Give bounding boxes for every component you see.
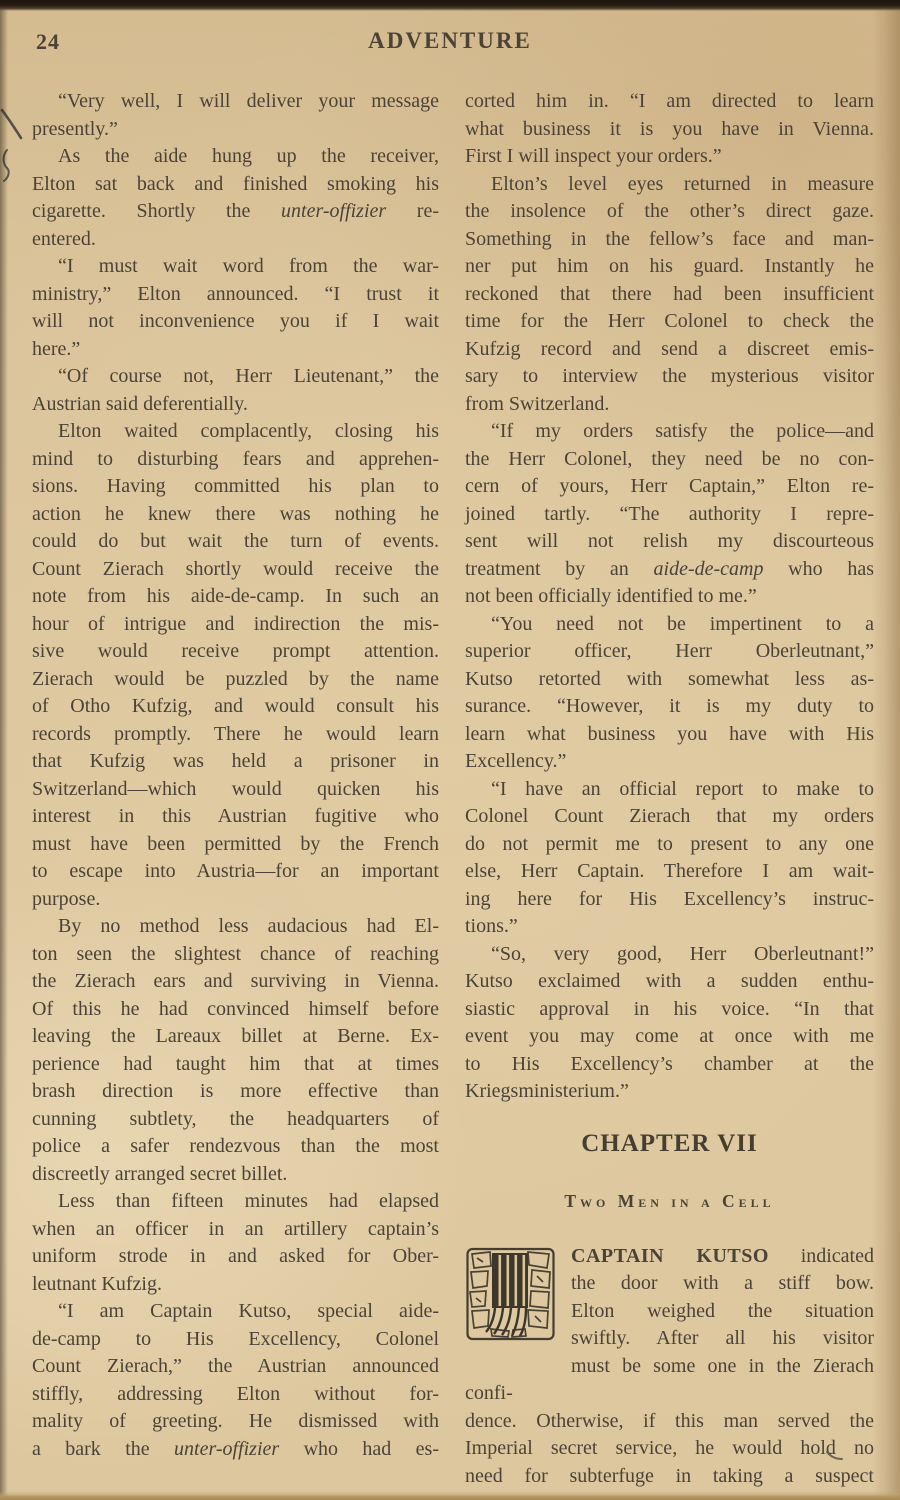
- text-line: sary to interview the mysterious visitor: [465, 363, 874, 391]
- text-line: note from his aide-de-camp. In such an: [32, 583, 439, 611]
- text-line: siastic approval in his voice. “In that: [465, 996, 874, 1024]
- text-line: Zierach would be puzzled by the name: [32, 666, 439, 694]
- text-line: leaving the Lareaux billet at Berne. Ex-: [32, 1023, 439, 1051]
- text-line: sent will not relish my discourteous: [465, 528, 874, 556]
- text-line: superior officer, Herr Oberleutnant,”: [465, 638, 874, 666]
- text-line: uniform strode in and asked for Ober-: [32, 1243, 439, 1271]
- text-line: to His Excellency’s chamber at the: [465, 1051, 874, 1079]
- text-line: mality of greeting. He dismissed with: [32, 1408, 439, 1436]
- text-line: “Very well, I will deliver your message: [32, 88, 439, 116]
- text-line: Kufzig record and send a discreet emis-: [465, 336, 874, 364]
- text-line: Less than fifteen minutes had elapsed: [32, 1188, 439, 1216]
- text-line: discreetly arranged secret billet.: [32, 1161, 439, 1189]
- text-line: when an officer in an artillery captain’…: [32, 1216, 439, 1244]
- text-line: sive would receive prompt attention.: [32, 638, 439, 666]
- text-line: ton seen the slightest chance of reachin…: [32, 941, 439, 969]
- text-line: what business it is you have in Vienna.: [465, 116, 874, 144]
- text-line: Kutso retorted with somewhat less as-: [465, 666, 874, 694]
- text-line: stiffly, addressing Elton without for-: [32, 1381, 439, 1409]
- text-line: dence. Otherwise, if this man served the: [465, 1408, 874, 1436]
- text-line: “If my orders satisfy the police—and: [465, 418, 874, 446]
- text-line: Something in the fellow’s face and man-: [465, 226, 874, 254]
- text-line: Imperial secret service, he would hold n…: [465, 1435, 874, 1463]
- text-line: corted him in. “I am directed to learn: [465, 88, 874, 116]
- text-line: ministry,” Elton announced. “I trust it: [32, 281, 439, 309]
- page-right-edge: [872, 0, 900, 1500]
- text-line: do not permit me to present to any one: [465, 831, 874, 859]
- text-line: Austrian said deferentially.: [32, 391, 439, 419]
- chapter-heading: CHAPTER VII: [465, 1130, 874, 1158]
- text-line: cunning subtlety, the headquarters of: [32, 1106, 439, 1134]
- text-line: the Herr Colonel, they need be no con-: [465, 446, 874, 474]
- chapter-subheading: Two Men in a Cell: [465, 1188, 874, 1216]
- text-line: Count Zierach shortly would receive the: [32, 556, 439, 584]
- text-line: learn what business you have with His: [465, 721, 874, 749]
- text-line: that Kufzig was held a prisoner in: [32, 748, 439, 776]
- text-line: interest in this Austrian fugitive who: [32, 803, 439, 831]
- text-line: a bark the unter-offizier who had es-: [32, 1436, 439, 1464]
- text-line: Elton waited complacently, closing his: [32, 418, 439, 446]
- text-line: First I will inspect your orders.”: [465, 143, 874, 171]
- text-line: from Switzerland.: [465, 391, 874, 419]
- magazine-page: 24 ADVENTURE “Very well, I will deliver …: [0, 0, 900, 1500]
- pen-tick: [824, 1448, 846, 1464]
- text-line: police a safer rendezvous than the most: [32, 1133, 439, 1161]
- text-line: “I have an official report to make to: [465, 776, 874, 804]
- cell-bars-illustration: [465, 1246, 557, 1342]
- text-line: could do but wait the turn of events.: [32, 528, 439, 556]
- text-line: Switzerland—which would quicken his: [32, 776, 439, 804]
- chapter-opening-paragraph: CAPTAIN KUTSO indicatedthe door with a s…: [465, 1243, 874, 1491]
- text-line: Excellency.”: [465, 748, 874, 776]
- text-line: event you may come at once with me: [465, 1023, 874, 1051]
- text-line: the Zierach ears and surviving in Vienna…: [32, 968, 439, 996]
- text-line: here.”: [32, 336, 439, 364]
- text-line: of Otho Kufzig, and would consult his: [32, 693, 439, 721]
- text-line: Colonel Count Zierach that my orders: [465, 803, 874, 831]
- page-top-edge: [0, 0, 900, 11]
- text-line: de-camp to His Excellency, Colonel: [32, 1326, 439, 1354]
- right-column-text: corted him in. “I am directed to learnwh…: [465, 88, 874, 1106]
- right-column: corted him in. “I am directed to learnwh…: [465, 88, 874, 1490]
- text-line: surance. “However, it is my duty to: [465, 693, 874, 721]
- text-line: “I am Captain Kutso, special aide-: [32, 1298, 439, 1326]
- page-bottom-edge: [0, 1491, 900, 1500]
- text-line: not been officially identified to me.”: [465, 583, 874, 611]
- text-line: Elton sat back and finished smoking his: [32, 171, 439, 199]
- left-column: “Very well, I will deliver your messagep…: [32, 88, 439, 1490]
- text-line: tions.”: [465, 913, 874, 941]
- text-line: As the aide hung up the receiver,: [32, 143, 439, 171]
- text-line: sions. Having committed his plan to: [32, 473, 439, 501]
- text-line: need for subterfuge in taking a suspect: [465, 1463, 874, 1491]
- text-line: perience had taught him that at times: [32, 1051, 439, 1079]
- text-line: entered.: [32, 226, 439, 254]
- text-line: “Of course not, Herr Lieutenant,” the: [32, 363, 439, 391]
- text-line: ner put him on his guard. Instantly he: [465, 253, 874, 281]
- magazine-title: ADVENTURE: [0, 28, 900, 54]
- text-line: must be some one in the Zierach confi-: [465, 1353, 874, 1408]
- text-line: brash direction is more effective than: [32, 1078, 439, 1106]
- text-line: the insolence of the other’s direct gaze…: [465, 198, 874, 226]
- page-left-edge: [0, 0, 8, 1500]
- text-line: “So, very good, Herr Oberleutnant!”: [465, 941, 874, 969]
- text-columns: “Very well, I will deliver your messagep…: [32, 88, 874, 1490]
- text-line: joined tartly. “The authority I repre-: [465, 501, 874, 529]
- text-line: cigarette. Shortly the unter-offizier re…: [32, 198, 439, 226]
- text-line: records promptly. There he would learn: [32, 721, 439, 749]
- text-line: Kriegsministerium.”: [465, 1078, 874, 1106]
- text-line: must have been permitted by the French: [32, 831, 439, 859]
- text-line: ing here for His Excellency’s instruc-: [465, 886, 874, 914]
- text-line: Elton’s level eyes returned in measure: [465, 171, 874, 199]
- text-line: action he knew there was nothing he: [32, 501, 439, 529]
- text-line: Count Zierach,” the Austrian announced: [32, 1353, 439, 1381]
- text-line: treatment by an aide-de-camp who has: [465, 556, 874, 584]
- text-line: “I must wait word from the war-: [32, 253, 439, 281]
- text-line: will not inconvenience you if I wait: [32, 308, 439, 336]
- text-line: else, Herr Captain. Therefore I am wait-: [465, 858, 874, 886]
- text-line: reckoned that there had been insufficien…: [465, 281, 874, 309]
- text-line: time for the Herr Colonel to check the: [465, 308, 874, 336]
- text-line: to escape into Austria—for an important: [32, 858, 439, 886]
- text-line: mind to disturbing fears and apprehen-: [32, 446, 439, 474]
- text-line: leutnant Kufzig.: [32, 1271, 439, 1299]
- text-line: Of this he had convinced himself before: [32, 996, 439, 1024]
- text-line: Kutso exclaimed with a sudden enthu-: [465, 968, 874, 996]
- text-line: “You need not be impertinent to a: [465, 611, 874, 639]
- text-line: purpose.: [32, 886, 439, 914]
- text-line: hour of intrigue and indirection the mis…: [32, 611, 439, 639]
- text-line: By no method less audacious had El-: [32, 913, 439, 941]
- text-line: cern of yours, Herr Captain,” Elton re-: [465, 473, 874, 501]
- text-line: presently.”: [32, 116, 439, 144]
